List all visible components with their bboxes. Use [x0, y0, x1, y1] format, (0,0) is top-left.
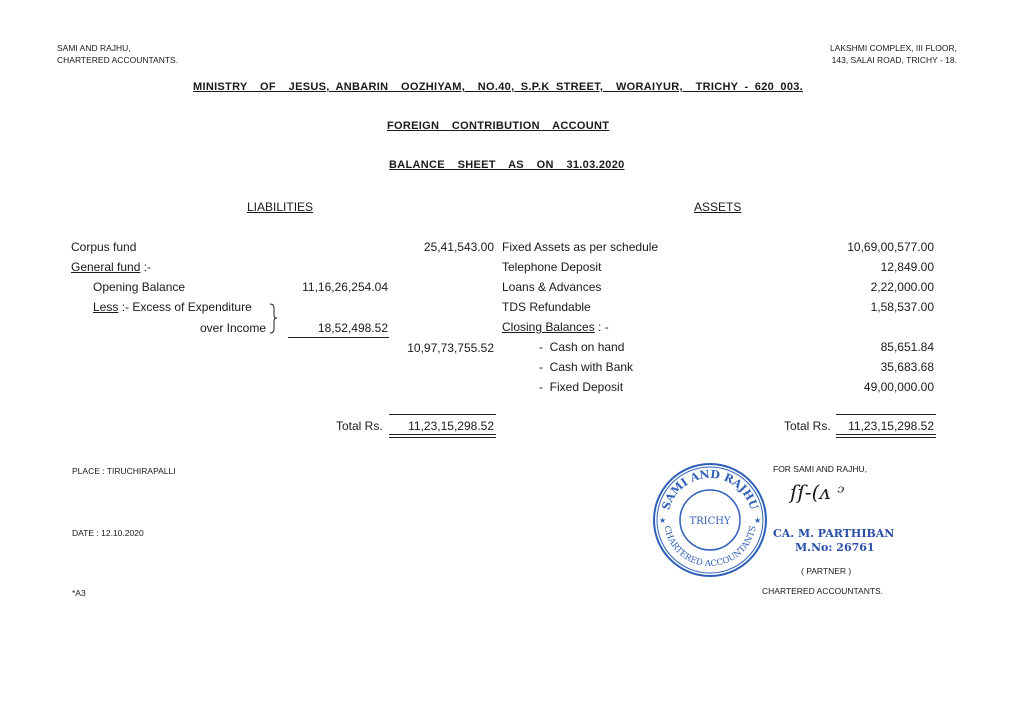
signatory-role: ( PARTNER ) [801, 565, 851, 577]
signatory-designation: CHARTERED ACCOUNTANTS. [762, 585, 883, 597]
assets-heading: ASSETS [694, 200, 741, 214]
liabilities-total-double-rule-2 [389, 437, 496, 438]
place-text: PLACE : TIRUCHIRAPALLI [72, 465, 176, 477]
closing-balance-amount: 49,00,000.00 [864, 380, 934, 394]
liabilities-total-top-rule [389, 414, 496, 415]
firm-designation: CHARTERED ACCOUNTANTS. [57, 54, 178, 66]
liabilities-total-label: Total Rs. [336, 419, 383, 433]
closing-balance-amount: 85,651.84 [881, 340, 934, 354]
stamp-center-text: TRICHY [689, 516, 731, 527]
closing-balance-label: - Cash with Bank [539, 360, 633, 374]
asset-item-amount: 10,69,00,577.00 [847, 240, 934, 254]
corpus-fund-amount: 25,41,543.00 [424, 240, 494, 254]
asset-item-amount: 2,22,000.00 [871, 280, 934, 294]
star-icon: ★ [659, 516, 666, 525]
signatory-name: CA. M. PARTHIBAN [773, 527, 894, 540]
date-text: DATE : 12.10.2020 [72, 527, 144, 539]
brace-icon [269, 302, 279, 334]
over-income-label: over Income [200, 321, 266, 335]
assets-total-double-rule-1 [836, 434, 936, 435]
assets-total-double-rule-2 [836, 437, 936, 438]
firm-name: SAMI AND RAJHU, [57, 42, 178, 54]
liabilities-total-amount: 11,23,15,298.52 [408, 419, 494, 433]
assets-total-label: Total Rs. [784, 419, 831, 433]
signature-scrawl: ſſ-(ᴧ ᵓ [790, 480, 844, 504]
asset-item-amount: 1,58,537.00 [871, 300, 934, 314]
auditor-seal-stamp: SAMI AND RAJHU CHARTERED ACCOUNTANTS TRI… [651, 461, 769, 579]
account-title: FOREIGN CONTRIBUTION ACCOUNT [387, 120, 609, 132]
stamp-bottom-text: CHARTERED ACCOUNTANTS [661, 525, 758, 569]
closing-balance-label: - Cash on hand [539, 340, 624, 354]
asset-item-label: Telephone Deposit [502, 260, 601, 274]
membership-number: M.No: 26761 [795, 541, 875, 554]
closing-balances-label: Closing Balances : - [502, 320, 609, 334]
signature-for-line: FOR SAMI AND RAJHU, [773, 463, 867, 475]
general-fund-label: General fund :- [71, 260, 151, 274]
liabilities-heading: LIABILITIES [247, 200, 313, 214]
general-fund-text: General fund [71, 260, 140, 274]
general-fund-net-amount: 10,97,73,755.52 [407, 341, 494, 355]
address-line-1: LAKSHMI COMPLEX, III FLOOR, [830, 42, 957, 54]
opening-balance-label: Opening Balance [93, 280, 185, 294]
asset-item-label: TDS Refundable [502, 300, 591, 314]
asset-item-amount: 12,849.00 [881, 260, 934, 274]
opening-balance-amount: 11,16,26,254.04 [302, 280, 388, 294]
balance-sheet-title: BALANCE SHEET AS ON 31.03.2020 [389, 159, 625, 171]
address-line-2: 143, SALAI ROAD, TRICHY - 18. [830, 54, 957, 66]
less-excess-label: Less :- Excess of Expenditure [93, 300, 252, 314]
subtotal-rule [288, 337, 389, 338]
reference-text: *A3 [72, 587, 86, 599]
corpus-fund-label: Corpus fund [71, 240, 136, 254]
asset-item-label: Fixed Assets as per schedule [502, 240, 658, 254]
firm-name-header: SAMI AND RAJHU, CHARTERED ACCOUNTANTS. [57, 42, 178, 66]
closing-balance-label: - Fixed Deposit [539, 380, 623, 394]
firm-address: LAKSHMI COMPLEX, III FLOOR, 143, SALAI R… [830, 42, 957, 66]
organization-title: MINISTRY OF JESUS, ANBARIN OOZHIYAM, NO.… [193, 81, 803, 93]
liabilities-total-double-rule-1 [389, 434, 496, 435]
asset-item-label: Loans & Advances [502, 280, 601, 294]
assets-total-top-rule [836, 414, 936, 415]
less-excess-amount: 18,52,498.52 [318, 321, 388, 335]
assets-total-amount: 11,23,15,298.52 [848, 419, 934, 433]
closing-balance-amount: 35,683.68 [881, 360, 934, 374]
star-icon: ★ [754, 516, 761, 525]
